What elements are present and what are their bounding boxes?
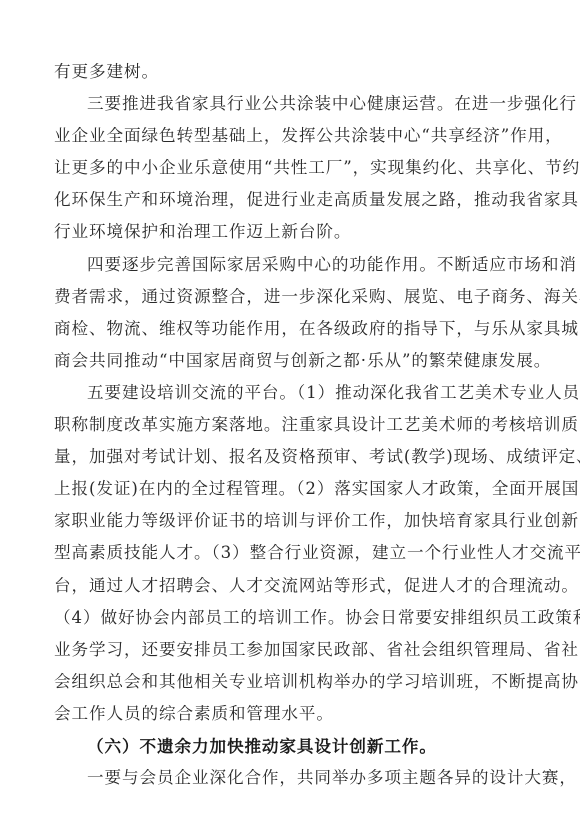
paragraph-line: 让更多的中小企业乐意使用“共性工厂”，实现集约化、共享化、节约 bbox=[54, 152, 528, 184]
paragraph-line: 会组织总会和其他相关专业培训机构举办的学习培训班，不断提高协 bbox=[54, 666, 528, 698]
paragraph-line: （4）做好协会内部员工的培训工作。协会日常要安排组织员工政策和 bbox=[54, 602, 528, 634]
paragraph-line: 家职业能力等级评价证书的培训与评价工作，加快培育家具行业创新 bbox=[54, 505, 528, 537]
paragraph-line: 有更多建树。 bbox=[54, 56, 528, 88]
paragraph-line: 五要建设培训交流的平台。（1）推动深化我省工艺美术专业人员 bbox=[54, 377, 528, 409]
document-body: 有更多建树。三要推进我省家具行业公共涂装中心健康运营。在进一步强化行业企业全面绿… bbox=[54, 56, 528, 730]
paragraph-line: 费者需求，通过资源整合，进一步深化采购、展览、电子商务、海关、 bbox=[54, 281, 528, 313]
paragraph-line: 职称制度改革实施方案落地。注重家具设计工艺美术师的考核培训质 bbox=[54, 409, 528, 441]
paragraph-line: 型高素质技能人才。（3）整合行业资源，建立一个行业性人才交流平 bbox=[54, 537, 528, 569]
section-heading: （六）不遗余力加快推动家具设计创新工作。 bbox=[54, 730, 528, 762]
paragraph-line: 量，加强对考试计划、报名及资格预审、考试(教学)现场、成绩评定、 bbox=[54, 441, 528, 473]
paragraph-line: 一要与会员企业深化合作，共同举办多项主题各异的设计大赛， bbox=[54, 762, 528, 794]
paragraph-line: 三要推进我省家具行业公共涂装中心健康运营。在进一步强化行 bbox=[54, 88, 528, 120]
paragraph-line: 商检、物流、维权等功能作用，在各级政府的指导下，与乐从家具城 bbox=[54, 313, 528, 345]
paragraph-line: 上报(发证)在内的全过程管理。（2）落实国家人才政策，全面开展国 bbox=[54, 473, 528, 505]
paragraph-line: 行业环境保护和治理工作迈上新台阶。 bbox=[54, 216, 528, 248]
paragraph-line: 业企业全面绿色转型基础上，发挥公共涂装中心“共享经济”作用， bbox=[54, 120, 528, 152]
paragraph-line: 业务学习，还要安排员工参加国家民政部、省社会组织管理局、省社 bbox=[54, 634, 528, 666]
paragraph-line: 台，通过人才招聘会、人才交流网站等形式，促进人才的合理流动。 bbox=[54, 570, 528, 602]
paragraph-line: 化环保生产和环境治理，促进行业走高质量发展之路，推动我省家具 bbox=[54, 184, 528, 216]
document-page: 有更多建树。三要推进我省家具行业公共涂装中心健康运营。在进一步强化行业企业全面绿… bbox=[54, 56, 528, 794]
paragraph-line: 商会共同推动“中国家居商贸与创新之都·乐从”的繁荣健康发展。 bbox=[54, 345, 528, 377]
paragraph-line: 会工作人员的综合素质和管理水平。 bbox=[54, 698, 528, 730]
paragraph-line: 四要逐步完善国际家居采购中心的功能作用。不断适应市场和消 bbox=[54, 249, 528, 281]
